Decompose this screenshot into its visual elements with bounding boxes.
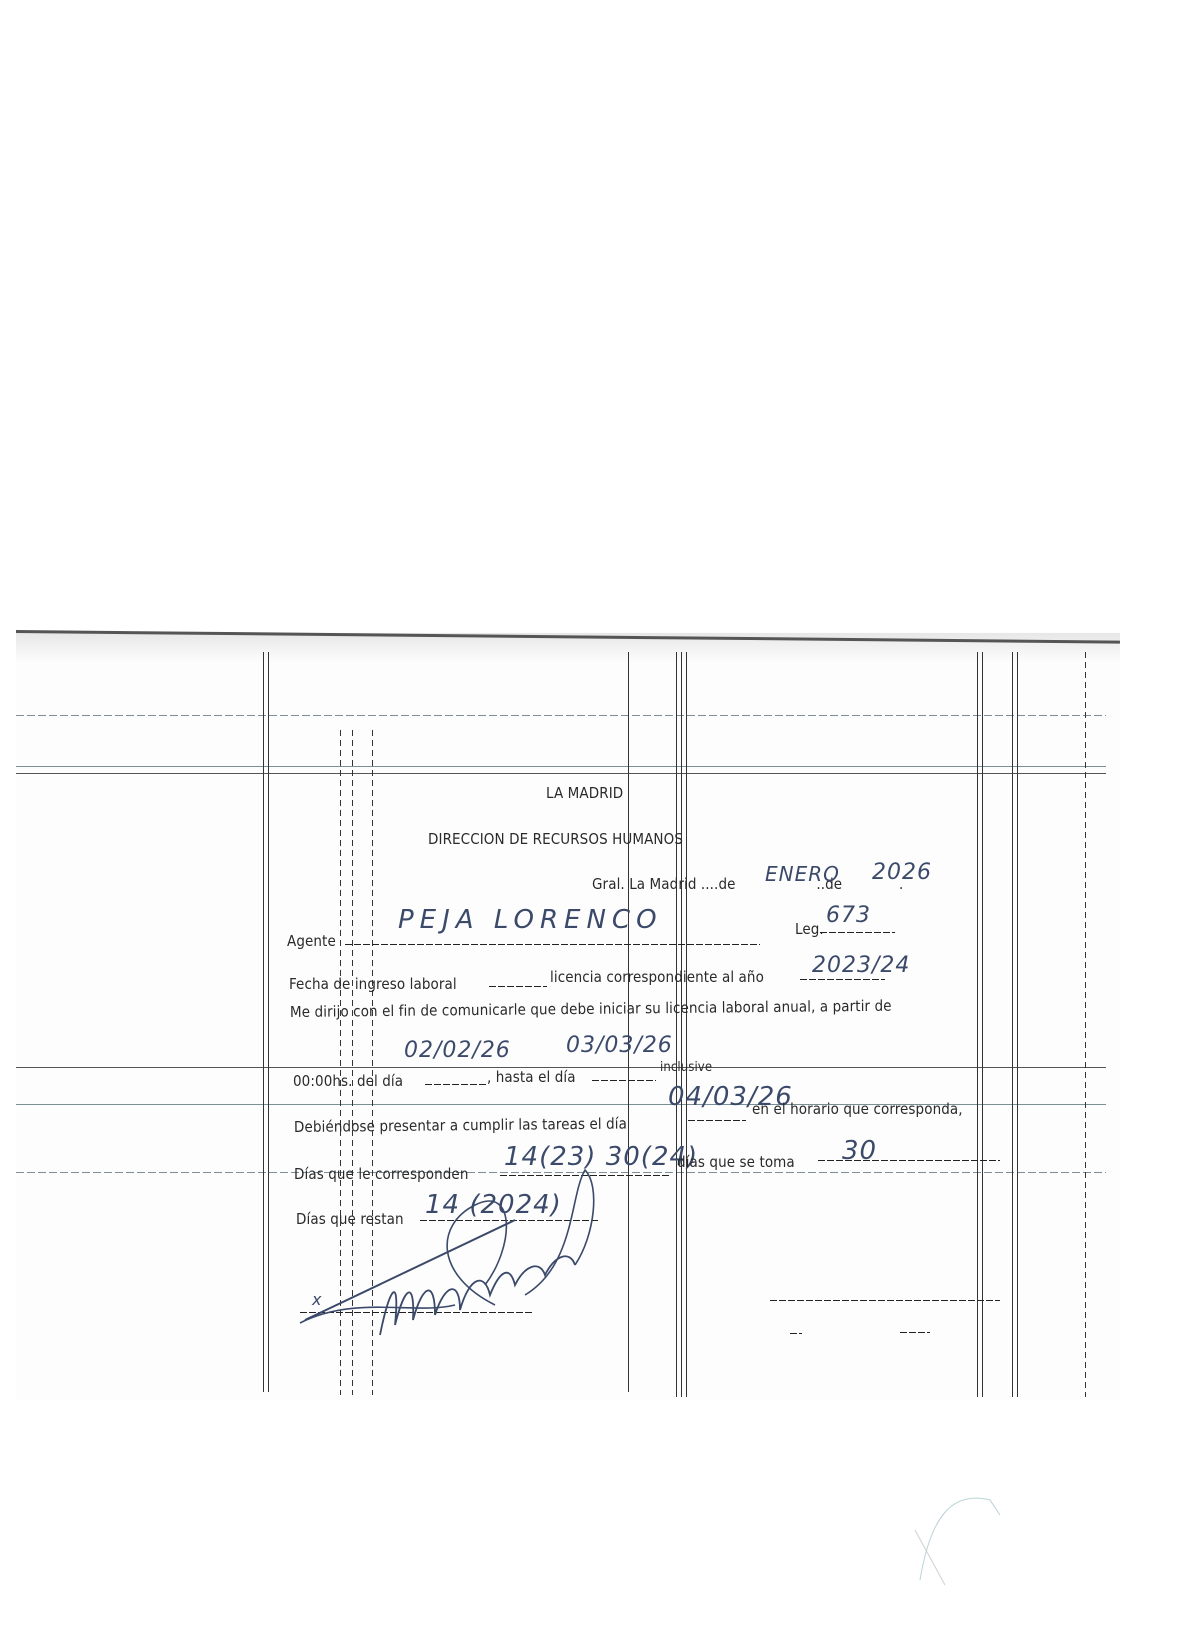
column-line [676, 652, 677, 1397]
date-line: Gral. La Madrid ....de ..de . [592, 875, 903, 893]
rule-line [16, 766, 1106, 767]
from-date-handwritten[interactable]: 02/02/26 [404, 1038, 511, 1063]
days-toma-label: días que se toma [677, 1153, 795, 1171]
day-connector: ....de [701, 875, 736, 893]
year-handwritten[interactable]: 2026 [872, 860, 932, 885]
column-line [1012, 652, 1013, 1397]
rule-line [16, 715, 1106, 716]
signature-scribble [295, 1165, 625, 1355]
from-line [425, 1084, 487, 1085]
signature-line-right [770, 1300, 1000, 1301]
ingreso-label: Fecha de ingreso laboral [289, 975, 457, 993]
column-line [1085, 652, 1086, 1397]
leg-label: Leg. [795, 920, 824, 938]
return-suffix: en el horario que corresponda, [752, 1100, 963, 1118]
place-label: Gral. La Madrid [592, 875, 697, 893]
leg-handwritten[interactable]: 673 [826, 903, 871, 928]
inclusive-label: inclusive [660, 1060, 712, 1075]
leg-line [820, 932, 895, 933]
agent-label: Agente [287, 932, 336, 950]
column-line [977, 652, 978, 1397]
days-toma-handwritten[interactable]: 30 [842, 1136, 877, 1166]
stray-mark [790, 1333, 802, 1334]
license-year-label: licencia correspondiente al año [550, 968, 764, 986]
column-line [686, 652, 687, 1397]
stray-mark [900, 1332, 930, 1333]
column-line [628, 652, 629, 1392]
license-year-line [800, 979, 885, 980]
until-line [592, 1080, 656, 1081]
until-date-handwritten[interactable]: 03/03/26 [566, 1033, 673, 1058]
ingreso-line [489, 986, 547, 987]
agent-name-handwritten[interactable]: PEJA LORENCO [398, 905, 663, 935]
column-line [263, 652, 264, 1392]
institution-title: LA MADRID [546, 784, 623, 802]
column-line [1017, 652, 1018, 1397]
from-prefix: 00:00hs. del día [293, 1072, 403, 1090]
license-year-handwritten[interactable]: 2023/24 [812, 953, 910, 978]
column-line [681, 652, 682, 1397]
department-title: DIRECCION DE RECURSOS HUMANOS [428, 830, 683, 848]
faint-scan-mark [900, 1480, 1050, 1590]
column-line [268, 652, 269, 1392]
return-line [688, 1120, 746, 1121]
until-label: , hasta el día [487, 1068, 576, 1086]
rule-line [16, 773, 1106, 774]
month-handwritten[interactable]: ENERO [765, 862, 840, 886]
agent-name-line [345, 944, 760, 945]
return-label: Debiéndose presentar a cumplir las tarea… [294, 1115, 627, 1136]
column-line [982, 652, 983, 1397]
scanned-page: LA MADRID DIRECCION DE RECURSOS HUMANOS … [0, 0, 1200, 1651]
